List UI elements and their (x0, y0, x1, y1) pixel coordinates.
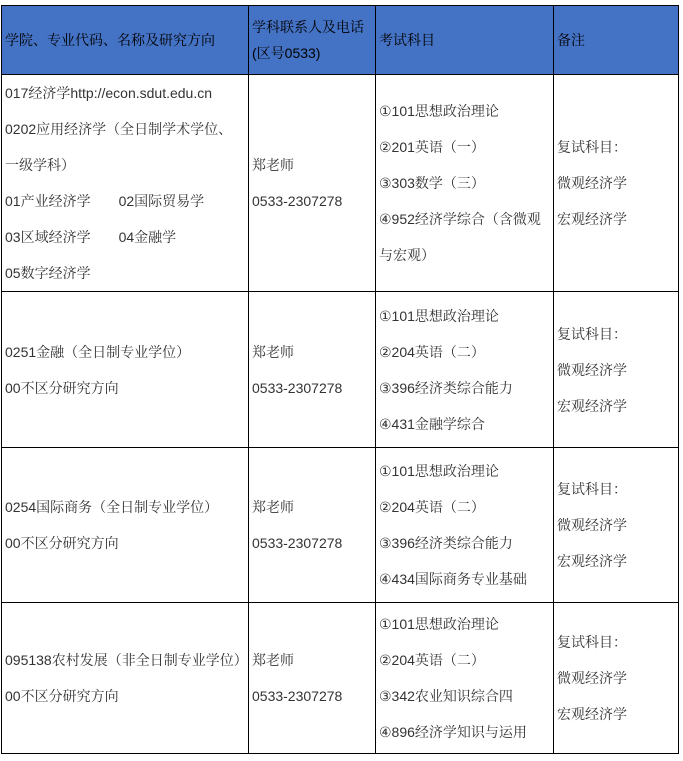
text-line: 郑老师 (252, 642, 373, 678)
text-line: ④896经济学知识与运用 (379, 714, 551, 750)
header-text: 学院、专业代码、名称及研究方向 (5, 27, 246, 53)
text-line: 宏观经济学 (557, 543, 676, 579)
table-row: 0254国际商务（全日制专业学位） 00不区分研究方向 郑老师 0533-230… (2, 448, 679, 603)
cell-remark: 复试科目： 微观经济学 宏观经济学 (554, 75, 679, 292)
cell-remark: 复试科目： 微观经济学 宏观经济学 (554, 603, 679, 754)
text-line: ③303数学（三） (379, 165, 551, 201)
text-line: ③342农业知识综合四 (379, 678, 551, 714)
text-line: 微观经济学 (557, 507, 676, 543)
cell-subjects: ①101思想政治理论 ②204英语（二） ③396经济类综合能力 ④434国际商… (376, 448, 554, 603)
text-line: 00不区分研究方向 (5, 370, 246, 406)
text-line: ③396经济类综合能力 (379, 370, 551, 406)
cell-remark: 复试科目： 微观经济学 宏观经济学 (554, 292, 679, 448)
text-line: 0533-2307278 (252, 183, 373, 219)
text-line: ②201英语（一） (379, 129, 551, 165)
text-line: ④952经济学综合（含微观与宏观） (379, 201, 551, 273)
text-line: 03区域经济学 04金融学 (5, 219, 246, 255)
text-line: 01产业经济学 02国际贸易学 (5, 183, 246, 219)
text-line: 0533-2307278 (252, 678, 373, 714)
text-line: ④434国际商务专业基础 (379, 561, 551, 597)
header-cell-subjects: 考试科目 (376, 6, 554, 75)
cell-subjects: ①101思想政治理论 ②204英语（二） ③342农业知识综合四 ④896经济学… (376, 603, 554, 754)
text-line: 微观经济学 (557, 165, 676, 201)
table-row: 095138农村发展（非全日制专业学位） 00不区分研究方向 郑老师 0533-… (2, 603, 679, 754)
cell-contact: 郑老师 0533-2307278 (249, 75, 376, 292)
admission-exam-table: 学院、专业代码、名称及研究方向 学科联系人及电话 (区号0533) 考试科目 备… (1, 5, 679, 754)
header-cell-remark: 备注 (554, 6, 679, 75)
text-line: 00不区分研究方向 (5, 525, 246, 561)
header-text: 考试科目 (379, 27, 551, 53)
page: 学院、专业代码、名称及研究方向 学科联系人及电话 (区号0533) 考试科目 备… (0, 0, 683, 761)
cell-contact: 郑老师 0533-2307278 (249, 603, 376, 754)
cell-program: 095138农村发展（非全日制专业学位） 00不区分研究方向 (2, 603, 249, 754)
text-line: ③396经济类综合能力 (379, 525, 551, 561)
text-line: 微观经济学 (557, 660, 676, 696)
text-line: 宏观经济学 (557, 201, 676, 237)
text-line: ④431金融学综合 (379, 406, 551, 442)
text-line: 0254国际商务（全日制专业学位） (5, 489, 246, 525)
table-body: 017经济学http://econ.sdut.edu.cn 0202应用经济学（… (2, 75, 679, 754)
text-line: 宏观经济学 (557, 388, 676, 424)
text-line: ②204英语（二） (379, 489, 551, 525)
header-text: 学科联系人及电话 (252, 14, 373, 40)
text-line: 0202应用经济学（全日制学术学位、一级学科） (5, 111, 246, 183)
text-line: 复试科目： (557, 624, 676, 660)
text-line: 郑老师 (252, 334, 373, 370)
cell-program: 0251金融（全日制专业学位） 00不区分研究方向 (2, 292, 249, 448)
cell-subjects: ①101思想政治理论 ②204英语（二） ③396经济类综合能力 ④431金融学… (376, 292, 554, 448)
text-line: ①101思想政治理论 (379, 298, 551, 334)
cell-contact: 郑老师 0533-2307278 (249, 292, 376, 448)
cell-subjects: ①101思想政治理论 ②201英语（一） ③303数学（三） ④952经济学综合… (376, 75, 554, 292)
text-line: ①101思想政治理论 (379, 93, 551, 129)
text-line: 宏观经济学 (557, 696, 676, 732)
header-cell-contact: 学科联系人及电话 (区号0533) (249, 6, 376, 75)
text-line: ①101思想政治理论 (379, 453, 551, 489)
table-header: 学院、专业代码、名称及研究方向 学科联系人及电话 (区号0533) 考试科目 备… (2, 6, 679, 75)
text-line: 微观经济学 (557, 352, 676, 388)
text-line: 郑老师 (252, 489, 373, 525)
header-row: 学院、专业代码、名称及研究方向 学科联系人及电话 (区号0533) 考试科目 备… (2, 6, 679, 75)
text-line: 05数字经济学 (5, 255, 246, 291)
text-line: 00不区分研究方向 (5, 678, 246, 714)
cell-program: 0254国际商务（全日制专业学位） 00不区分研究方向 (2, 448, 249, 603)
text-line: 复试科目： (557, 471, 676, 507)
header-cell-program: 学院、专业代码、名称及研究方向 (2, 6, 249, 75)
cell-program: 017经济学http://econ.sdut.edu.cn 0202应用经济学（… (2, 75, 249, 292)
table-row: 0251金融（全日制专业学位） 00不区分研究方向 郑老师 0533-23072… (2, 292, 679, 448)
text-line: 095138农村发展（非全日制专业学位） (5, 642, 246, 678)
table-row: 017经济学http://econ.sdut.edu.cn 0202应用经济学（… (2, 75, 679, 292)
cell-contact: 郑老师 0533-2307278 (249, 448, 376, 603)
text-line: ①101思想政治理论 (379, 606, 551, 642)
text-line: 0251金融（全日制专业学位） (5, 334, 246, 370)
text-line: 复试科目： (557, 129, 676, 165)
text-line: 复试科目： (557, 316, 676, 352)
cell-remark: 复试科目： 微观经济学 宏观经济学 (554, 448, 679, 603)
text-line: ②204英语（二） (379, 334, 551, 370)
text-line: ②204英语（二） (379, 642, 551, 678)
text-line: 0533-2307278 (252, 525, 373, 561)
text-line: 017经济学http://econ.sdut.edu.cn (5, 75, 246, 111)
text-line: 0533-2307278 (252, 370, 373, 406)
header-text: (区号0533) (252, 40, 373, 66)
admission-table-wrap: 学院、专业代码、名称及研究方向 学科联系人及电话 (区号0533) 考试科目 备… (1, 5, 679, 754)
header-text: 备注 (557, 27, 676, 53)
text-line: 郑老师 (252, 147, 373, 183)
